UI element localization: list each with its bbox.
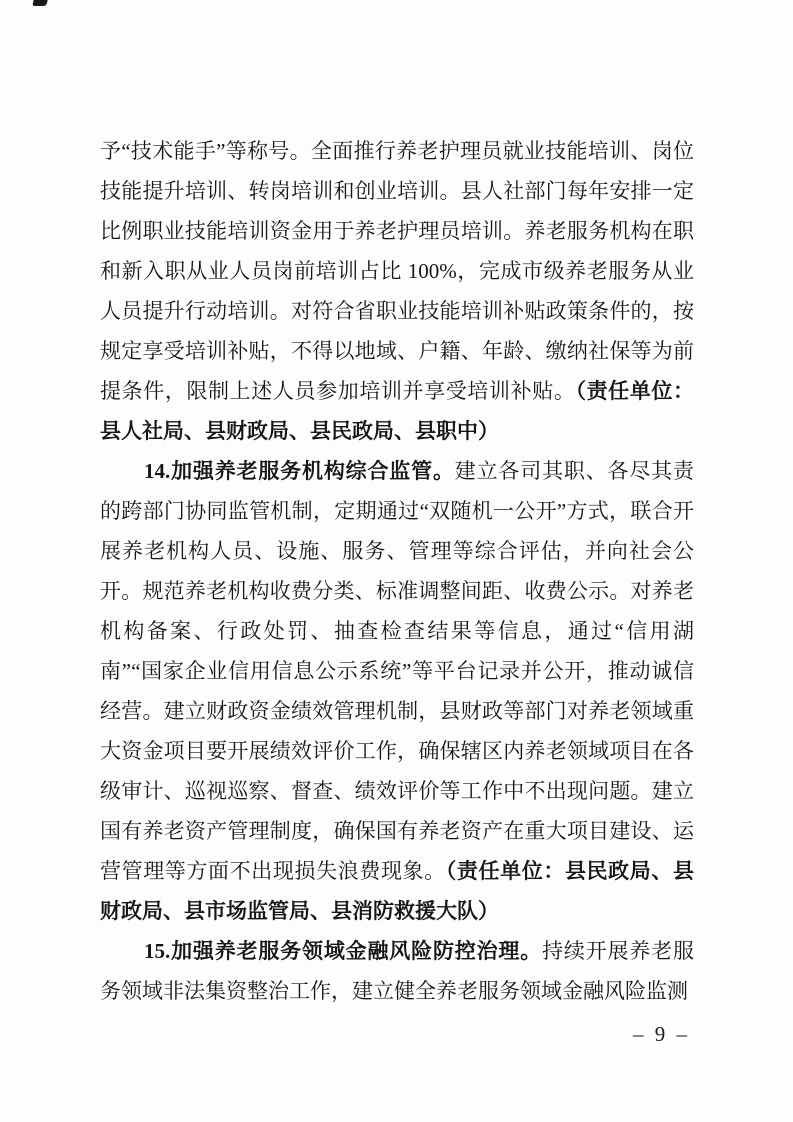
scan-smudge-mark <box>32 0 47 6</box>
document-body: 予“技术能手”等称号。全面推行养老护理员就业技能培训、岗位技能提升培训、转岗培训… <box>100 131 694 1011</box>
page-number: – 9 – <box>633 1022 690 1047</box>
emphasis-text: 14.加强养老服务机构综合监管。 <box>144 459 455 483</box>
paragraph: 予“技术能手”等称号。全面推行养老护理员就业技能培训、岗位技能提升培训、转岗培训… <box>100 131 694 451</box>
paragraph: 14.加强养老服务机构综合监管。建立各司其职、各尽其责的跨部门协同监管机制，定期… <box>100 451 694 931</box>
document-page: 予“技术能手”等称号。全面推行养老护理员就业技能培训、岗位技能提升培训、转岗培训… <box>0 0 793 1122</box>
paragraph: 15.加强养老服务领域金融风险防控治理。持续开展养老服务领域非法集资整治工作，建… <box>100 931 694 1011</box>
body-text: 予“技术能手”等称号。全面推行养老护理员就业技能培训、岗位技能提升培训、转岗培训… <box>100 139 694 403</box>
emphasis-text: 15.加强养老服务领域金融风险防控治理。 <box>144 939 542 963</box>
body-text: 建立各司其职、各尽其责的跨部门协同监管机制，定期通过“双随机一公开”方式，联合开… <box>100 459 694 883</box>
